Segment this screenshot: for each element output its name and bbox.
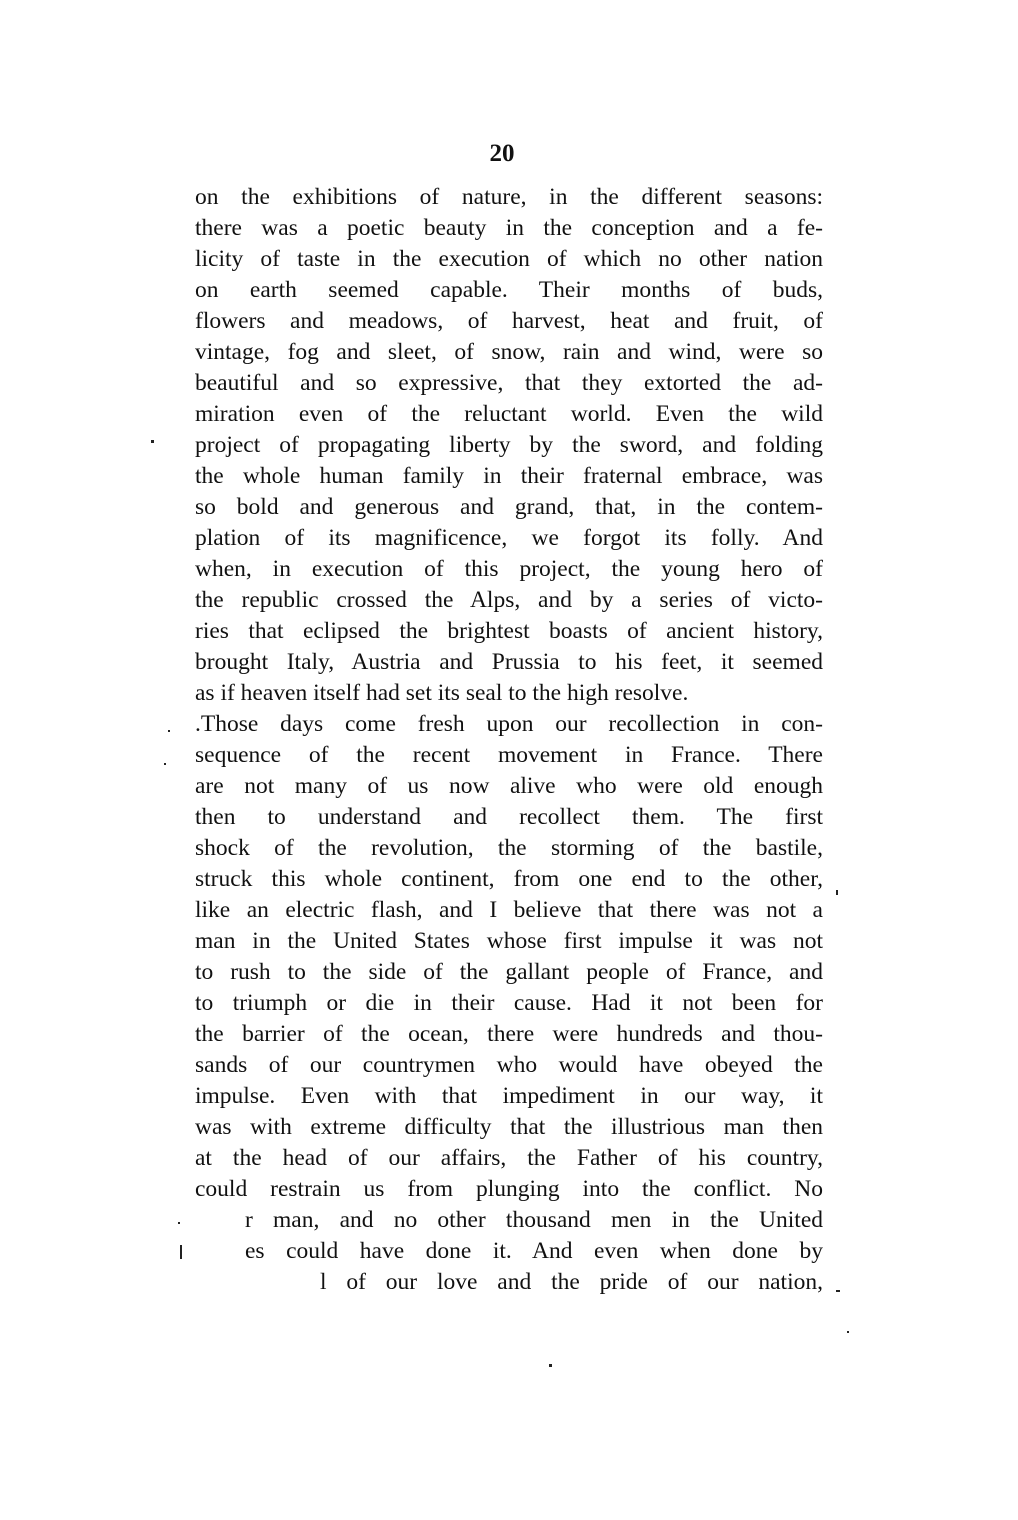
text-line: man in the United States whose first imp… [195, 926, 823, 957]
text-line: to triumph or die in their cause. Had it… [195, 988, 823, 1019]
text-line: beautiful and so expressive, that they e… [195, 368, 823, 399]
text-line: are not many of us now alive who were ol… [195, 771, 823, 802]
scan-speck [549, 1364, 552, 1367]
text-line: project of propagating liberty by the sw… [195, 430, 823, 461]
text-line: there was a poetic beauty in the concept… [195, 213, 823, 244]
text-line: plation of its magnificence, we forgot i… [195, 523, 823, 554]
scan-speck [151, 440, 154, 443]
scan-speck [836, 1290, 840, 1292]
text-line: like an electric flash, and I believe th… [195, 895, 823, 926]
text-line: the republic crossed the Alps, and by a … [195, 585, 823, 616]
text-line: struck this whole continent, from one en… [195, 864, 823, 895]
text-line: could restrain us from plunging into the… [195, 1174, 823, 1205]
torn-text-line: es could have done it. And even when don… [195, 1236, 823, 1267]
text-line: so bold and generous and grand, that, in… [195, 492, 823, 523]
text-line: to rush to the side of the gallant peopl… [195, 957, 823, 988]
text-line: vintage, fog and sleet, of snow, rain an… [195, 337, 823, 368]
body-text: on the exhibitions of nature, in the dif… [195, 182, 823, 1298]
torn-text-line: r man, and no other thousand men in the … [195, 1205, 823, 1236]
text-line: was with extreme difficulty that the ill… [195, 1112, 823, 1143]
text-line: on earth seemed capable. Their months of… [195, 275, 823, 306]
scan-speck [164, 763, 166, 765]
text-line: at the head of our affairs, the Father o… [195, 1143, 823, 1174]
text-line: when, in execution of this project, the … [195, 554, 823, 585]
text-line: impulse. Even with that impediment in ou… [195, 1081, 823, 1112]
text-line: then to understand and recollect them. T… [195, 802, 823, 833]
text-line: licity of taste in the execution of whic… [195, 244, 823, 275]
scan-speck [178, 1222, 180, 1224]
text-line: sands of our countrymen who would have o… [195, 1050, 823, 1081]
text-line: the barrier of the ocean, there were hun… [195, 1019, 823, 1050]
text-line: sequence of the recent movement in Franc… [195, 740, 823, 771]
text-line: brought Italy, Austria and Prussia to hi… [195, 647, 823, 678]
scan-speck [836, 890, 838, 895]
text-line: as if heaven itself had set its seal to … [195, 678, 823, 709]
page-number: 20 [0, 140, 1004, 168]
text-line: ries that eclipsed the brightest boasts … [195, 616, 823, 647]
text-line: miration even of the reluctant world. Ev… [195, 399, 823, 430]
text-line: shock of the revolution, the storming of… [195, 833, 823, 864]
text-line: the whole human family in their fraterna… [195, 461, 823, 492]
scan-speck [180, 1245, 182, 1259]
paragraph-start-line: .Those days come fresh upon our recollec… [195, 709, 823, 740]
text-line: flowers and meadows, of harvest, heat an… [195, 306, 823, 337]
scan-speck [168, 730, 170, 732]
text-line: on the exhibitions of nature, in the dif… [195, 182, 823, 213]
scan-speck [847, 1331, 849, 1333]
torn-text-line: l of our love and the pride of our natio… [195, 1267, 823, 1298]
